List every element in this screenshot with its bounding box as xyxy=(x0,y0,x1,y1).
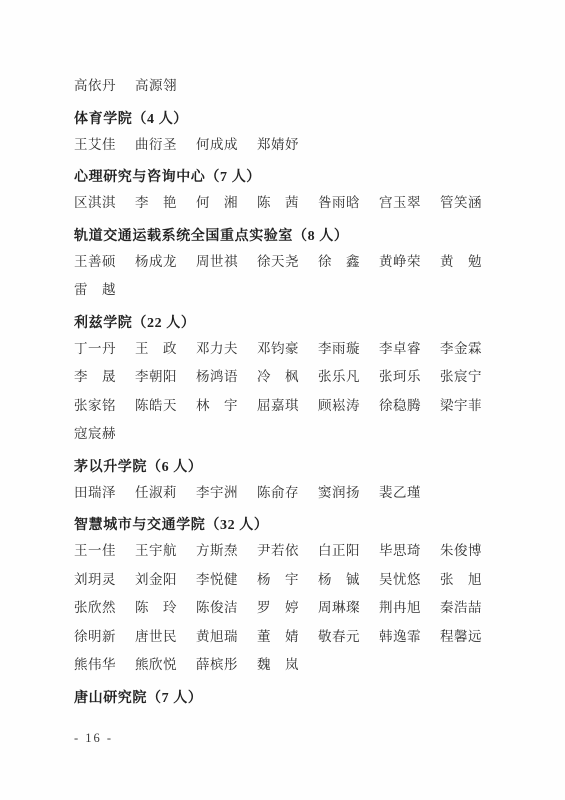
person-name: 刘玥灵 xyxy=(74,566,119,595)
person-name: 薛槟彤 xyxy=(196,651,241,680)
person-name: 周世祺 xyxy=(196,248,241,277)
name-row: 王一佳王宇航方斯焘尹若依白正阳毕思琦朱俊博 xyxy=(74,537,565,566)
person-name: 冷 枫 xyxy=(257,363,302,392)
person-name: 魏 岚 xyxy=(257,651,302,680)
name-row: 李 晟李朝阳杨鸿语冷 枫张乐凡张珂乐张宸宁 xyxy=(74,363,565,392)
person-name: 昝雨晗 xyxy=(318,189,363,218)
person-name: 丁一丹 xyxy=(74,335,119,364)
person-name: 林 宇 xyxy=(196,392,241,421)
person-name: 李 晟 xyxy=(74,363,119,392)
person-name: 程馨远 xyxy=(440,623,485,652)
section: 轨道交通运载系统全国重点实验室（8 人）王善硕杨成龙周世祺徐天尧徐 鑫黄峥荣黄 … xyxy=(74,223,565,305)
section: 利兹学院（22 人）丁一丹王 政邓力夫邓钧豪李雨璇李卓睿李金霖李 晟李朝阳杨鸿语… xyxy=(74,310,565,449)
person-name: 高源翎 xyxy=(135,72,180,101)
person-name: 张珂乐 xyxy=(379,363,424,392)
person-name: 邓力夫 xyxy=(196,335,241,364)
person-name: 李雨璇 xyxy=(318,335,363,364)
section: 高依丹高源翎 xyxy=(74,72,565,101)
person-name: 张欣然 xyxy=(74,594,119,623)
person-name: 尹若依 xyxy=(257,537,302,566)
person-name: 王一佳 xyxy=(74,537,119,566)
name-row: 张家铭陈皓天林 宇屈嘉琪顾崧涛徐稳腾梁宇菲 xyxy=(74,392,565,421)
person-name: 王善硕 xyxy=(74,248,119,277)
name-list-body: 高依丹高源翎体育学院（4 人）王艾佳曲衍圣何成成郑婧妤心理研究与咨询中心（7 人… xyxy=(74,72,565,713)
person-name: 杨成龙 xyxy=(135,248,180,277)
person-name: 熊欣悦 xyxy=(135,651,180,680)
person-name: 黄旭瑞 xyxy=(196,623,241,652)
name-row: 张欣然陈 玲陈俊洁罗 婷周琳璨荆冉旭秦浩喆 xyxy=(74,594,565,623)
name-row: 高依丹高源翎 xyxy=(74,72,565,101)
person-name: 徐 鑫 xyxy=(318,248,363,277)
person-name: 何成成 xyxy=(196,131,241,160)
person-name: 张宸宁 xyxy=(440,363,485,392)
name-row: 王艾佳曲衍圣何成成郑婧妤 xyxy=(74,131,565,160)
person-name: 秦浩喆 xyxy=(440,594,485,623)
person-name: 毕思琦 xyxy=(379,537,424,566)
person-name: 陈皓天 xyxy=(135,392,180,421)
person-name: 张 旭 xyxy=(440,566,485,595)
person-name: 田瑞泽 xyxy=(74,479,119,508)
person-name: 宫玉翠 xyxy=(379,189,424,218)
person-name: 屈嘉琪 xyxy=(257,392,302,421)
section: 智慧城市与交通学院（32 人）王一佳王宇航方斯焘尹若依白正阳毕思琦朱俊博刘玥灵刘… xyxy=(74,512,565,680)
section: 体育学院（4 人）王艾佳曲衍圣何成成郑婧妤 xyxy=(74,106,565,160)
name-row: 区淇淇李 艳何 湘陈 茜昝雨晗宫玉翠管笑涵 xyxy=(74,189,565,218)
person-name: 杨 铖 xyxy=(318,566,363,595)
person-name: 区淇淇 xyxy=(74,189,119,218)
person-name: 李 艳 xyxy=(135,189,180,218)
person-name: 梁宇菲 xyxy=(440,392,485,421)
person-name: 高依丹 xyxy=(74,72,119,101)
person-name: 徐稳腾 xyxy=(379,392,424,421)
person-name: 陈 玲 xyxy=(135,594,180,623)
name-row: 丁一丹王 政邓力夫邓钧豪李雨璇李卓睿李金霖 xyxy=(74,335,565,364)
document-page: 高依丹高源翎体育学院（4 人）王艾佳曲衍圣何成成郑婧妤心理研究与咨询中心（7 人… xyxy=(0,0,565,800)
person-name: 雷 越 xyxy=(74,276,119,305)
section-heading: 唐山研究院（7 人） xyxy=(74,685,565,714)
name-row: 徐明新唐世民黄旭瑞董 婧敬春元韩逸霏程馨远 xyxy=(74,623,565,652)
person-name: 郑婧妤 xyxy=(257,131,302,160)
person-name: 王艾佳 xyxy=(74,131,119,160)
person-name: 李朝阳 xyxy=(135,363,180,392)
person-name: 王 政 xyxy=(135,335,180,364)
name-row: 田瑞泽任淑莉李宇洲陈俞存窦润扬裴乙瑾 xyxy=(74,479,565,508)
person-name: 曲衍圣 xyxy=(135,131,180,160)
person-name: 寇宸赫 xyxy=(74,420,119,449)
person-name: 李宇洲 xyxy=(196,479,241,508)
person-name: 张乐凡 xyxy=(318,363,363,392)
section: 唐山研究院（7 人） xyxy=(74,685,565,714)
person-name: 白正阳 xyxy=(318,537,363,566)
person-name: 杨 宇 xyxy=(257,566,302,595)
person-name: 陈俞存 xyxy=(257,479,302,508)
name-row: 熊伟华熊欣悦薛槟彤魏 岚 xyxy=(74,651,565,680)
page-number: - 16 - xyxy=(74,731,113,746)
person-name: 韩逸霏 xyxy=(379,623,424,652)
person-name: 方斯焘 xyxy=(196,537,241,566)
person-name: 陈俊洁 xyxy=(196,594,241,623)
name-row: 王善硕杨成龙周世祺徐天尧徐 鑫黄峥荣黄 勉 xyxy=(74,248,565,277)
section: 心理研究与咨询中心（7 人）区淇淇李 艳何 湘陈 茜昝雨晗宫玉翠管笑涵 xyxy=(74,164,565,218)
person-name: 朱俊博 xyxy=(440,537,485,566)
person-name: 杨鸿语 xyxy=(196,363,241,392)
person-name: 管笑涵 xyxy=(440,189,485,218)
person-name: 裴乙瑾 xyxy=(379,479,424,508)
name-row: 刘玥灵刘金阳李悦健杨 宇杨 铖吴忧悠张 旭 xyxy=(74,566,565,595)
person-name: 张家铭 xyxy=(74,392,119,421)
person-name: 熊伟华 xyxy=(74,651,119,680)
person-name: 陈 茜 xyxy=(257,189,302,218)
name-row: 雷 越 xyxy=(74,276,565,305)
person-name: 吴忧悠 xyxy=(379,566,424,595)
person-name: 董 婧 xyxy=(257,623,302,652)
name-row: 寇宸赫 xyxy=(74,420,565,449)
person-name: 徐天尧 xyxy=(257,248,302,277)
person-name: 何 湘 xyxy=(196,189,241,218)
person-name: 王宇航 xyxy=(135,537,180,566)
person-name: 顾崧涛 xyxy=(318,392,363,421)
person-name: 黄峥荣 xyxy=(379,248,424,277)
person-name: 唐世民 xyxy=(135,623,180,652)
person-name: 李金霖 xyxy=(440,335,485,364)
person-name: 邓钧豪 xyxy=(257,335,302,364)
person-name: 窦润扬 xyxy=(318,479,363,508)
person-name: 徐明新 xyxy=(74,623,119,652)
person-name: 刘金阳 xyxy=(135,566,180,595)
person-name: 任淑莉 xyxy=(135,479,180,508)
person-name: 李悦健 xyxy=(196,566,241,595)
person-name: 敬春元 xyxy=(318,623,363,652)
person-name: 罗 婷 xyxy=(257,594,302,623)
person-name: 李卓睿 xyxy=(379,335,424,364)
person-name: 荆冉旭 xyxy=(379,594,424,623)
person-name: 周琳璨 xyxy=(318,594,363,623)
person-name: 黄 勉 xyxy=(440,248,485,277)
section: 茅以升学院（6 人）田瑞泽任淑莉李宇洲陈俞存窦润扬裴乙瑾 xyxy=(74,454,565,508)
